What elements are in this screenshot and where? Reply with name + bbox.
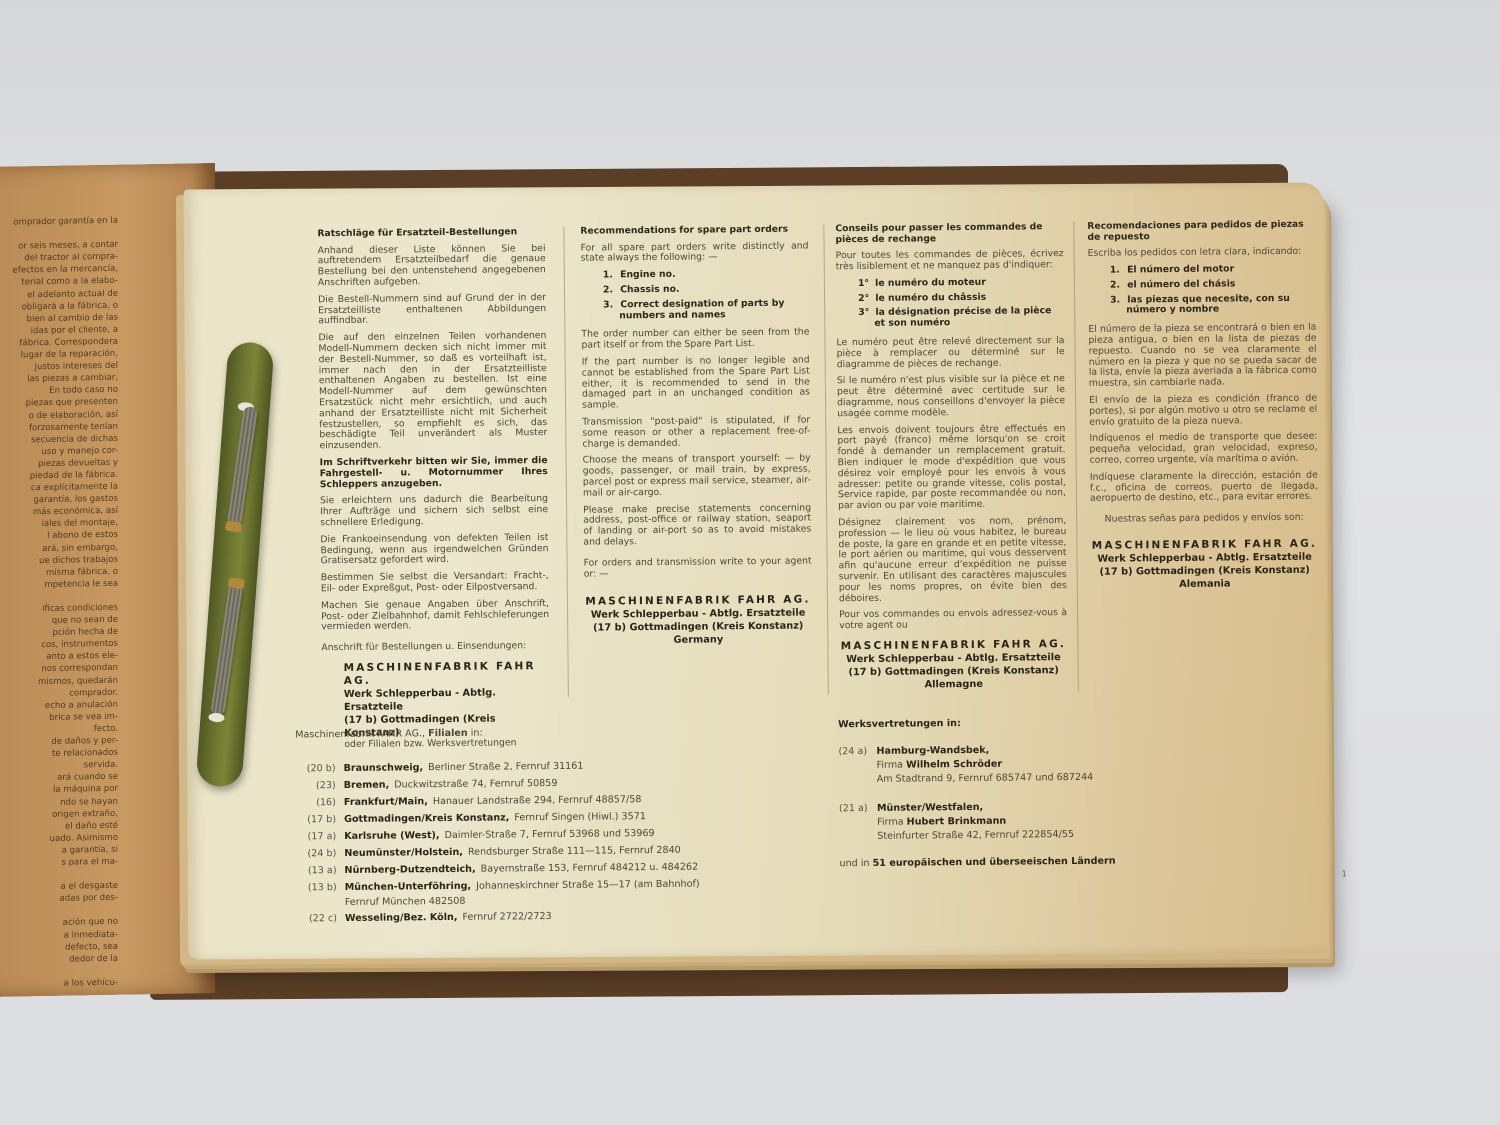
branches-intro-bold: Filialen bbox=[428, 728, 468, 739]
agents-footer-bold: 51 europäischen und überseeischen Länder… bbox=[873, 856, 1116, 869]
spanish-required-list: 1. El número del motor2. el número del c… bbox=[1088, 264, 1316, 317]
branches-intro-text: Maschinenfabrik FAHR AG., bbox=[295, 728, 425, 740]
column-french: Conseils pour passer les commandes de pi… bbox=[835, 222, 1067, 692]
list-item: 1° le numéro du moteur bbox=[874, 277, 1064, 290]
branches-intro-tail: in: bbox=[471, 728, 483, 739]
branch-address: Hanauer Landstraße 294, Fernruf 48857/58 bbox=[433, 791, 642, 810]
french-required-list: 1° le numéro du moteur2° le numéro du ch… bbox=[836, 277, 1064, 330]
agent-entry: (24 a)Hamburg-Wandsbek,Firma Wilhelm Sch… bbox=[838, 741, 1158, 787]
english-paragraph: Choose the means of transport yourself: … bbox=[583, 454, 811, 499]
english-paragraph: For all spare part orders write distinct… bbox=[581, 241, 809, 265]
spanish-title: Recomendaciones para pedidos de piezas d… bbox=[1087, 220, 1315, 243]
spanish-paragraph: Indíquenos el medio de transporte que de… bbox=[1089, 432, 1317, 467]
branch-city: Gottmadingen/Kreis Konstanz, bbox=[344, 809, 509, 828]
postal-zone: (22 c) bbox=[297, 910, 345, 927]
english-company-address: MASCHINENFABRIK FAHR AG. Werk Schlepperb… bbox=[584, 594, 812, 648]
agent-address: Am Stadtrand 9, Fernruf 685747 und 68724… bbox=[839, 770, 1159, 787]
branch-address: Fernruf Singen (Hiwl.) 3571 bbox=[514, 808, 646, 826]
french-paragraph: Les envois doivent toujours être effectu… bbox=[837, 424, 1066, 513]
spanish-paragraph: El envío de la pieza es condición (franc… bbox=[1089, 394, 1317, 429]
list-number: 1. bbox=[603, 271, 617, 282]
company-department: Werk Schlepperbau - Abtlg. Ersatzteile bbox=[344, 686, 550, 714]
list-item: 3. las piezas que necesite, con su númer… bbox=[1126, 293, 1316, 316]
list-item: 2° le numéro du châssis bbox=[874, 292, 1064, 305]
english-paragraph: Transmission "post-paid" is stipulated, … bbox=[582, 415, 810, 450]
branch-city: Neumünster/Holstein, bbox=[344, 844, 463, 862]
postal-zone: (24 a) bbox=[838, 744, 876, 759]
list-item: 3° la désignation précise de la pièce et… bbox=[874, 306, 1064, 329]
postal-zone: (13 b) bbox=[297, 879, 345, 896]
german-paragraph: Die Frankoeinsendung von defekten Teilen… bbox=[320, 533, 548, 568]
branch-address: Johanneskirchner Straße 15—17 (am Bahnho… bbox=[476, 876, 700, 895]
list-text: las piezas que necesite, con su número y… bbox=[1124, 292, 1290, 315]
german-paragraph: Bestimmen Sie selbst die Versandart: Fra… bbox=[321, 571, 549, 595]
company-country: Allemagne bbox=[840, 677, 1068, 692]
agents-heading: Werksvertretungen in: bbox=[838, 716, 1158, 730]
french-paragraph: Le numéro peut être relevé directement s… bbox=[836, 336, 1064, 371]
company-city: (17 b) Gottmadingen (Kreis Konstanz) bbox=[840, 664, 1068, 679]
clip-hole bbox=[208, 712, 225, 722]
cord-cap bbox=[228, 577, 245, 589]
french-company-address: MASCHINENFABRIK FAHR AG. Werk Schlepperb… bbox=[839, 638, 1067, 692]
branch-city: Wesseling/Bez. Köln, bbox=[345, 909, 458, 927]
column-divider bbox=[563, 227, 569, 697]
cord-cap bbox=[225, 521, 242, 533]
agent-address: Steinfurter Straße 42, Fernruf 222854/55 bbox=[839, 827, 1159, 844]
company-city: (17 b) Gottmadingen (Kreis Konstanz) bbox=[1091, 564, 1319, 579]
branch-city: Frankfurt/Main, bbox=[344, 793, 428, 811]
postal-zone: (17 a) bbox=[296, 828, 344, 845]
german-paragraph: Anhand dieser Liste können Sie bei auftr… bbox=[318, 244, 546, 289]
list-number: 1° bbox=[858, 279, 872, 290]
postal-zone: (24 b) bbox=[296, 845, 344, 862]
list-number: 2. bbox=[1110, 280, 1124, 291]
spanish-paragraph: Nuestras señas para pedidos y envíos son… bbox=[1090, 513, 1318, 526]
list-item: 2. el número del chásis bbox=[1126, 278, 1316, 291]
spanish-paragraph: Escriba los pedidos con letra clara, ind… bbox=[1088, 247, 1316, 260]
english-paragraph: The order number can either be seen from… bbox=[581, 328, 809, 352]
french-paragraph: Pour vos commandes ou envois adressez-vo… bbox=[839, 608, 1067, 632]
german-paragraph: Machen Sie genaue Angaben über Anschrift… bbox=[321, 599, 549, 634]
binding-cord-icon bbox=[210, 583, 243, 716]
branch-address: Fernruf 2722/2723 bbox=[462, 908, 551, 926]
list-item: 1. El número del motor bbox=[1126, 264, 1316, 277]
agent-city: Hamburg-Wandsbek, bbox=[876, 743, 989, 759]
english-paragraph: If the part number is no longer legible … bbox=[582, 355, 811, 411]
list-text: la désignation précise de la pièce et so… bbox=[872, 306, 1051, 329]
page-number: 1 bbox=[1342, 869, 1347, 878]
company-name: MASCHINENFABRIK FAHR AG. bbox=[344, 660, 550, 688]
german-title: Ratschläge für Ersatzteil-Bestellungen bbox=[317, 227, 545, 240]
branch-row: (22 c)Wesseling/Bez. Köln,Fernruf 2722/2… bbox=[297, 905, 817, 927]
agents-footer-text: und in bbox=[839, 858, 869, 869]
branch-city: Karlsruhe (West), bbox=[344, 827, 440, 845]
page-content: Ratschläge für Ersatzteil-Bestellungen A… bbox=[235, 180, 1332, 960]
postal-zone: (23) bbox=[296, 777, 344, 794]
german-paragraph: Die Bestell-Nummern sind auf Grund der i… bbox=[318, 293, 546, 328]
agents-footer: und in 51 europäischen und überseeischen… bbox=[839, 855, 1159, 869]
spanish-company-address: MASCHINENFABRIK FAHR AG. Werk Schlepperb… bbox=[1090, 538, 1318, 592]
german-notice-bold: Im Schriftverkehr bitten wir Sie, immer … bbox=[320, 456, 548, 491]
column-german: Ratschläge für Ersatzteil-Bestellungen A… bbox=[317, 227, 550, 757]
agents-list: Werksvertretungen in: (24 a)Hamburg-Wand… bbox=[838, 716, 1159, 869]
list-item: 3. Correct designation of parts by numbe… bbox=[619, 298, 809, 321]
column-divider bbox=[1073, 222, 1079, 692]
binding-cord-icon bbox=[227, 406, 258, 527]
english-title: Recommendations for spare part orders bbox=[580, 224, 808, 237]
german-paragraph: Die auf den einzelnen Teilen vorhandenen… bbox=[318, 331, 547, 452]
list-number: 2° bbox=[858, 293, 872, 304]
list-item: 2. Chassis no. bbox=[619, 283, 809, 296]
postal-zone: (13 a) bbox=[296, 862, 344, 879]
branch-address: Bayernstraße 153, Fernruf 484212 u. 4842… bbox=[481, 859, 699, 878]
french-paragraph: Désignez clairement vos nom, prénom, pro… bbox=[838, 516, 1067, 605]
list-number: 3. bbox=[1110, 295, 1124, 306]
branch-city: Braunschweig, bbox=[343, 759, 423, 777]
list-item: 1. Engine no. bbox=[619, 269, 809, 282]
list-text: le numéro du châssis bbox=[872, 291, 986, 303]
postal-zone: (16) bbox=[296, 794, 344, 811]
list-text: le numéro du moteur bbox=[872, 277, 986, 289]
postal-zone: (21 a) bbox=[839, 801, 877, 816]
left-page-text: omprador garantía en la or seis meses, a… bbox=[0, 215, 118, 991]
spanish-paragraph: Indíquese claramente la dirección, estac… bbox=[1090, 470, 1318, 505]
company-country: Alemania bbox=[1091, 577, 1319, 592]
french-paragraph: Si le numéro n'est plus visible sur la p… bbox=[837, 374, 1065, 419]
branches-list: Maschinenfabrik FAHR AG., Filialen in: (… bbox=[295, 724, 817, 927]
list-number: 2. bbox=[603, 285, 617, 296]
column-spanish: Recomendaciones para pedidos de piezas d… bbox=[1087, 220, 1319, 592]
german-paragraph: Sie erleichtern uns dadurch die Bearbeit… bbox=[320, 494, 548, 529]
column-english: Recommendations for spare part orders Fo… bbox=[580, 224, 812, 647]
list-text: Correct designation of parts by numbers … bbox=[617, 298, 784, 321]
french-title: Conseils pour passer les commandes de pi… bbox=[835, 222, 1063, 245]
postal-zone: (17 b) bbox=[296, 811, 344, 828]
spanish-paragraph: El número de la pieza se encontrará o bi… bbox=[1088, 323, 1317, 390]
branch-city: Nürnberg-Dutzendteich, bbox=[344, 861, 475, 879]
agent-city: Münster/Westfalen, bbox=[877, 800, 983, 816]
company-country: Germany bbox=[584, 633, 812, 648]
branch-city: Bremen, bbox=[344, 777, 390, 794]
list-text: el número del chásis bbox=[1124, 278, 1236, 290]
list-number: 3° bbox=[858, 308, 872, 319]
postal-zone: (20 b) bbox=[295, 760, 343, 777]
agent-entry: (21 a)Münster/Westfalen,Firma Hubert Bri… bbox=[839, 798, 1159, 844]
english-required-list: 1. Engine no.2. Chassis no.3. Correct de… bbox=[581, 269, 809, 322]
company-city: (17 b) Gottmadingen (Kreis Konstanz) bbox=[584, 620, 812, 635]
branch-address: Duckwitzstraße 74, Fernruf 50859 bbox=[394, 775, 557, 794]
column-divider bbox=[823, 224, 829, 694]
branch-address: Rendsburger Straße 111—115, Fernruf 2840 bbox=[468, 842, 681, 861]
german-address-intro: Anschrift für Bestellungen u. Einsendung… bbox=[321, 641, 549, 654]
english-paragraph: For orders and transmission write to you… bbox=[584, 556, 812, 580]
list-number: 3. bbox=[603, 300, 617, 311]
list-text: Chassis no. bbox=[617, 284, 680, 296]
branch-city: München-Unterföhring, bbox=[345, 878, 472, 896]
french-paragraph: Pour toutes les commandes de pièces, écr… bbox=[836, 249, 1064, 273]
list-text: Engine no. bbox=[617, 269, 676, 281]
branch-address: Daimler-Straße 7, Fernruf 53968 und 5396… bbox=[444, 825, 654, 844]
list-text: El número del motor bbox=[1124, 263, 1234, 275]
list-number: 1. bbox=[1110, 265, 1124, 276]
branch-address: Berliner Straße 2, Fernruf 31161 bbox=[428, 758, 583, 776]
english-paragraph: Please make precise statements concernin… bbox=[583, 503, 811, 548]
